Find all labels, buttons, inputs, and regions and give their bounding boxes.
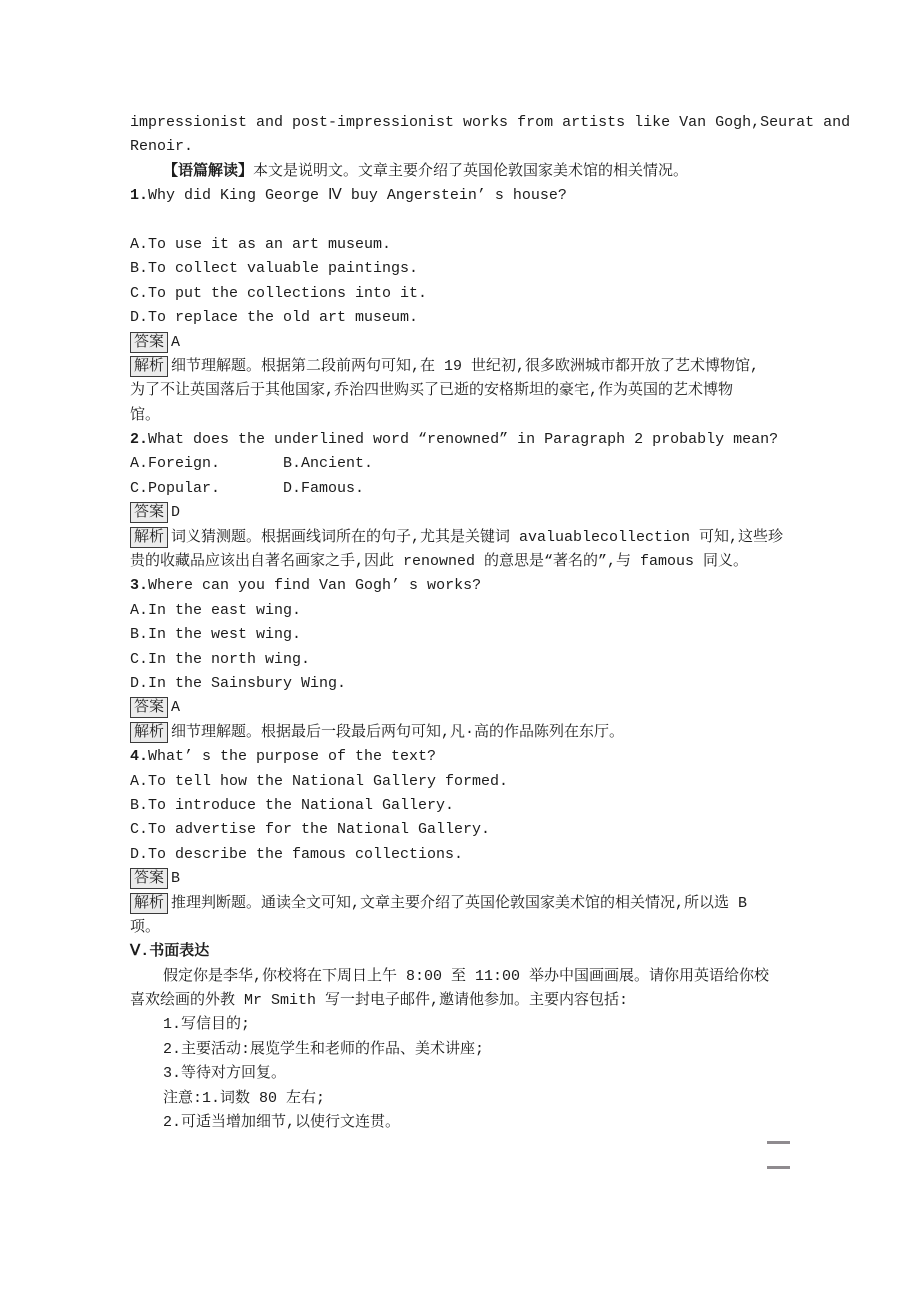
- line-text: B.To collect valuable paintings.: [130, 260, 418, 277]
- line-text: 为了不让英国落后于其他国家,乔治四世购买了已逝的安格斯坦的豪宅,作为英国的艺术博…: [130, 382, 733, 399]
- question-line: 1.Why did King George Ⅳ buy Angerstein’ …: [130, 184, 820, 208]
- task-note-line: 注意:1.词数 80 左右;: [130, 1087, 820, 1111]
- bold-prefix: 3.: [130, 577, 148, 594]
- question-line: 4.What’ s the purpose of the text?: [130, 745, 820, 769]
- line-text: What does the underlined word “renowned”…: [148, 431, 778, 448]
- label-box: 答案: [130, 332, 168, 353]
- analysis-line: 贵的收藏品应该出自著名画家之手,因此 renowned 的意思是“著名的”,与 …: [130, 550, 820, 574]
- analysis-line: 解析细节理解题。根据最后一段最后两句可知,凡·高的作品陈列在东厅。: [130, 721, 820, 745]
- line-text: 推理判断题。通读全文可知,文章主要介绍了英国伦敦国家美术馆的相关情况,所以选 B: [171, 895, 747, 912]
- line-text: 2.主要活动:展览学生和老师的作品、美术讲座;: [163, 1041, 484, 1058]
- analysis-line: 解析细节理解题。根据第二段前两句可知,在 19 世纪初,很多欧洲城市都开放了艺术…: [130, 355, 820, 379]
- option-line: D.To replace the old art museum.: [130, 306, 820, 330]
- line-text-col2: B.Ancient.: [283, 455, 373, 472]
- line-text: A.To use it as an art museum.: [130, 236, 391, 253]
- label-box: 解析: [130, 356, 168, 377]
- line-text: Renoir.: [130, 138, 193, 155]
- label-box: 答案: [130, 697, 168, 718]
- option-line: A.To tell how the National Gallery forme…: [130, 770, 820, 794]
- page-margin-dash-1: [767, 1141, 790, 1144]
- option-line: D.In the Sainsbury Wing.: [130, 672, 820, 696]
- line-text: C.In the north wing.: [130, 651, 310, 668]
- bold-prefix: 【语篇解读】: [163, 163, 253, 180]
- line-text: 假定你是李华,你校将在下周日上午 8:00 至 11:00 举办中国画画展。请你…: [163, 968, 769, 985]
- line-text: B: [171, 870, 180, 887]
- label-box: 解析: [130, 893, 168, 914]
- line-text: D.To describe the famous collections.: [130, 846, 463, 863]
- answer-line: 答案A: [130, 696, 820, 720]
- option-line: A.Foreign.B.Ancient.: [130, 452, 820, 476]
- bold-prefix: 4.: [130, 748, 148, 765]
- answer-line: 答案A: [130, 331, 820, 355]
- task-line: 喜欢绘画的外教 Mr Smith 写一封电子邮件,邀请他参加。主要内容包括:: [130, 989, 820, 1013]
- line-text: A.To tell how the National Gallery forme…: [130, 773, 508, 790]
- bold-prefix: 2.: [130, 431, 148, 448]
- line-text: 1.写信目的;: [163, 1016, 250, 1033]
- line-text: 馆。: [130, 407, 160, 424]
- line-text: 项。: [130, 919, 160, 936]
- analysis-line: 解析推理判断题。通读全文可知,文章主要介绍了英国伦敦国家美术馆的相关情况,所以选…: [130, 892, 820, 916]
- task-line: 假定你是李华,你校将在下周日上午 8:00 至 11:00 举办中国画画展。请你…: [130, 965, 820, 989]
- option-line: C.To advertise for the National Gallery.: [130, 818, 820, 842]
- line-text: B.In the west wing.: [130, 626, 301, 643]
- label-box: 答案: [130, 502, 168, 523]
- line-text: 喜欢绘画的外教 Mr Smith 写一封电子邮件,邀请他参加。主要内容包括:: [130, 992, 628, 1009]
- line-text: 注意:1.词数 80 左右;: [163, 1090, 325, 1107]
- line-text-col2: D.Famous.: [283, 480, 364, 497]
- line-text: A: [171, 334, 180, 351]
- line-text: C.Popular.: [130, 477, 283, 501]
- passage-line: impressionist and post-impressionist wor…: [130, 111, 820, 135]
- document-content: impressionist and post-impressionist wor…: [130, 111, 820, 1135]
- label-box: 解析: [130, 722, 168, 743]
- answer-line: 答案B: [130, 867, 820, 891]
- passage-note-line: 【语篇解读】本文是说明文。文章主要介绍了英国伦敦国家美术馆的相关情况。: [130, 160, 820, 184]
- line-text: B.To introduce the National Gallery.: [130, 797, 454, 814]
- answer-line: 答案D: [130, 501, 820, 525]
- option-line: B.To introduce the National Gallery.: [130, 794, 820, 818]
- line-text: Where can you find Van Gogh’ s works?: [148, 577, 481, 594]
- line-text: D.To replace the old art museum.: [130, 309, 418, 326]
- bold-prefix: Ⅴ.书面表达: [130, 943, 209, 960]
- option-line: C.In the north wing.: [130, 648, 820, 672]
- line-text: D: [171, 504, 180, 521]
- line-text: C.To advertise for the National Gallery.: [130, 821, 490, 838]
- option-line: C.Popular.D.Famous.: [130, 477, 820, 501]
- option-line: C.To put the collections into it.: [130, 282, 820, 306]
- line-text: 2.可适当增加细节,以使行文连贯。: [163, 1114, 400, 1131]
- line-text: 本文是说明文。文章主要介绍了英国伦敦国家美术馆的相关情况。: [253, 163, 688, 180]
- line-text: 细节理解题。根据最后一段最后两句可知,凡·高的作品陈列在东厅。: [171, 724, 624, 741]
- section-line: Ⅴ.书面表达: [130, 940, 820, 964]
- line-text: A.Foreign.: [130, 452, 283, 476]
- task-point-line: 3.等待对方回复。: [130, 1062, 820, 1086]
- page-margin-dash-2: [767, 1166, 790, 1169]
- line-text: A: [171, 699, 180, 716]
- line-text: 3.等待对方回复。: [163, 1065, 286, 1082]
- option-line: D.To describe the famous collections.: [130, 843, 820, 867]
- line-text: impressionist and post-impressionist wor…: [130, 114, 850, 131]
- label-box: 解析: [130, 527, 168, 548]
- analysis-line: 为了不让英国落后于其他国家,乔治四世购买了已逝的安格斯坦的豪宅,作为英国的艺术博…: [130, 379, 820, 403]
- line-text: 贵的收藏品应该出自著名画家之手,因此 renowned 的意思是“著名的”,与 …: [130, 553, 748, 570]
- line-text: Why did King George Ⅳ buy Angerstein’ s …: [148, 187, 567, 204]
- question-line: 2.What does the underlined word “renowne…: [130, 428, 820, 452]
- line-text: 细节理解题。根据第二段前两句可知,在 19 世纪初,很多欧洲城市都开放了艺术博物…: [171, 358, 759, 375]
- label-box: 答案: [130, 868, 168, 889]
- blank-line: [130, 209, 820, 233]
- option-line: A.In the east wing.: [130, 599, 820, 623]
- bold-prefix: 1.: [130, 187, 148, 204]
- analysis-line: 馆。: [130, 404, 820, 428]
- task-point-line: 2.主要活动:展览学生和老师的作品、美术讲座;: [130, 1038, 820, 1062]
- line-text: C.To put the collections into it.: [130, 285, 427, 302]
- option-line: B.To collect valuable paintings.: [130, 257, 820, 281]
- task-note-line: 2.可适当增加细节,以使行文连贯。: [130, 1111, 820, 1135]
- option-line: A.To use it as an art museum.: [130, 233, 820, 257]
- line-text: What’ s the purpose of the text?: [148, 748, 436, 765]
- analysis-line: 项。: [130, 916, 820, 940]
- task-point-line: 1.写信目的;: [130, 1013, 820, 1037]
- line-text: D.In the Sainsbury Wing.: [130, 675, 346, 692]
- question-line: 3.Where can you find Van Gogh’ s works?: [130, 574, 820, 598]
- option-line: B.In the west wing.: [130, 623, 820, 647]
- passage-line: Renoir.: [130, 135, 820, 159]
- line-text: A.In the east wing.: [130, 602, 301, 619]
- analysis-line: 解析词义猜测题。根据画线词所在的句子,尤其是关键词 avaluablecolle…: [130, 526, 820, 550]
- document-page: impressionist and post-impressionist wor…: [0, 0, 920, 1302]
- line-text: 词义猜测题。根据画线词所在的句子,尤其是关键词 avaluablecollect…: [171, 529, 783, 546]
